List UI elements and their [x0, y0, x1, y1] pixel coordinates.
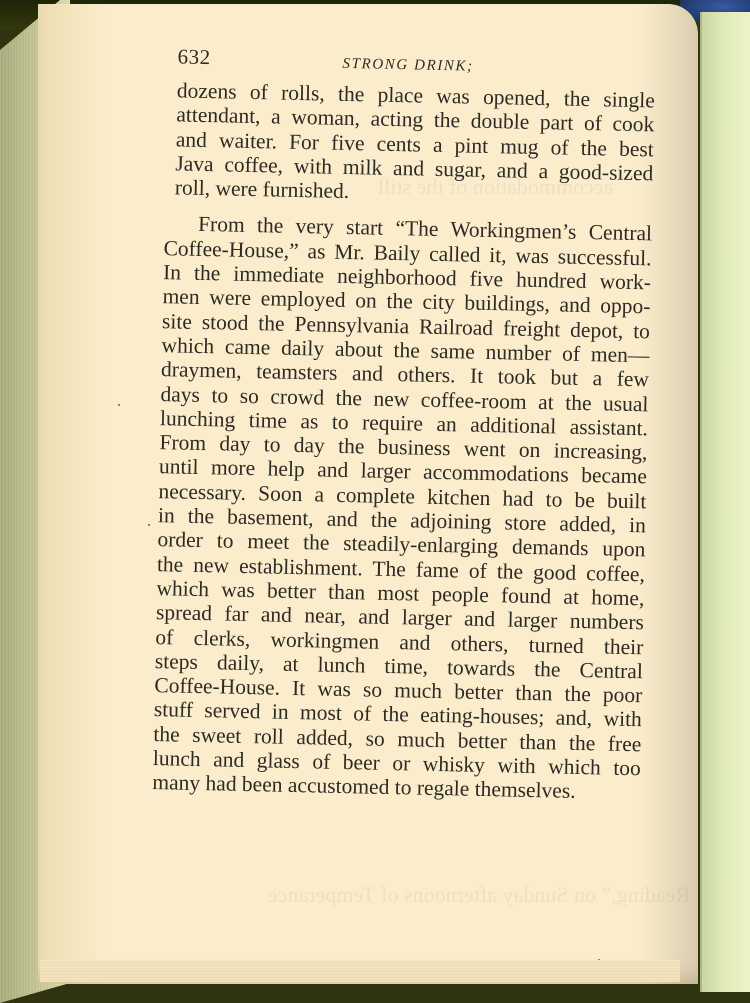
facing-page-edge [700, 12, 750, 992]
paper-speck [118, 404, 120, 406]
paragraph-1: dozens of rolls, the place was opened, t… [175, 78, 655, 209]
running-head: STRONG DRINK; [342, 56, 474, 76]
page-text-block: 632 STRONG DRINK; dozens of rolls, the p… [142, 38, 658, 805]
page-number: 632 [177, 44, 211, 70]
paragraph-2: From the very start “The Workingmen’s Ce… [152, 212, 652, 805]
show-through-text-bottom: Reading,” on Sunday afternoons of Temper… [268, 882, 690, 908]
page-bottom-edges [40, 960, 680, 982]
